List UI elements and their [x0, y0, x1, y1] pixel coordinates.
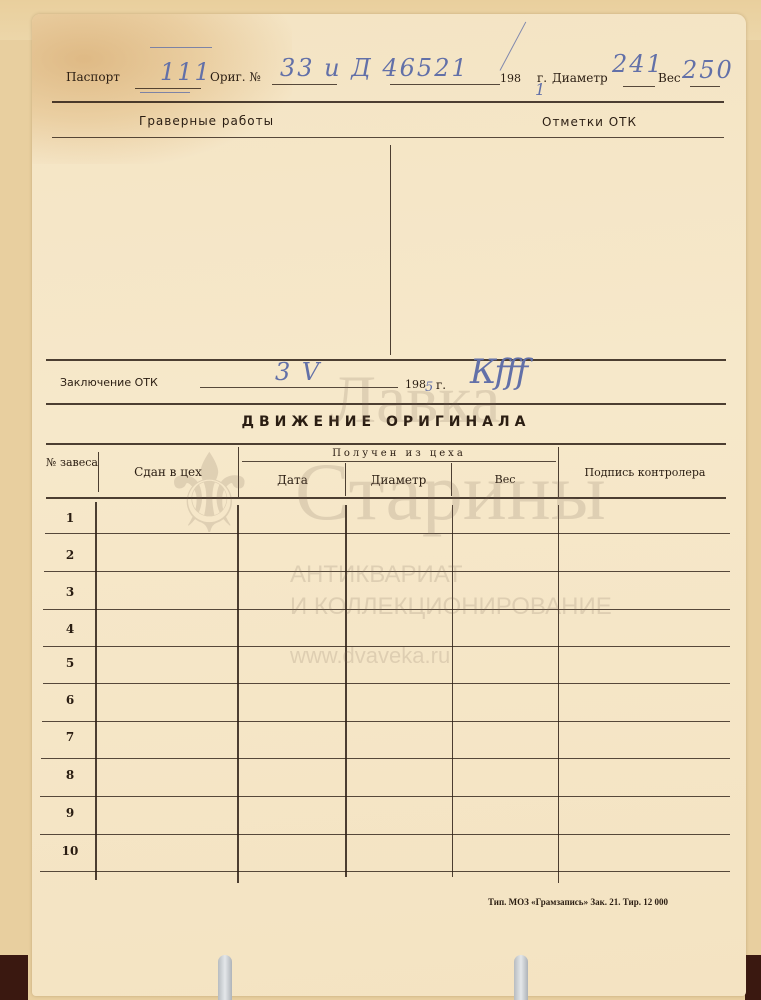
col-header-weight: Вес	[452, 473, 558, 486]
year-prefix: 198	[500, 72, 521, 85]
received-group-rule	[242, 461, 556, 462]
conclusion-label: Заключение ОТК	[60, 376, 158, 389]
col-header-diameter: Диаметр	[346, 473, 451, 487]
diameter-value: 241	[612, 50, 664, 78]
col-divider-2	[237, 505, 239, 883]
table-header-rule	[46, 497, 726, 499]
row-rule	[41, 758, 730, 759]
col-header-date: Дата	[240, 473, 345, 487]
orig-number-label: Ориг. №	[210, 70, 261, 84]
row-number: 2	[50, 548, 90, 562]
passport-pen-stroke-bottom	[140, 92, 190, 93]
col-divider-5-head	[558, 447, 559, 497]
conclusion-top-rule	[46, 359, 726, 361]
row-rule	[45, 533, 730, 534]
backdrop-dark-corner-right	[745, 955, 761, 1000]
col-header-sent: Сдан в цех	[100, 465, 236, 479]
col-divider-2-head	[238, 447, 239, 497]
weight-underline	[690, 86, 720, 87]
header-rule	[52, 101, 724, 103]
movement-table-title: ДВИЖЕНИЕ ОРИГИНАЛА	[46, 414, 726, 430]
row-number: 8	[50, 768, 90, 782]
conclusion-bottom-rule	[46, 403, 726, 405]
orig-underline-1	[272, 84, 337, 85]
passport-underline	[135, 88, 201, 89]
otk-marks-section-label: Отметки ОТК	[542, 115, 637, 129]
table-top-rule	[46, 443, 726, 445]
orig-number-value: 33 и Д 46521	[280, 54, 469, 82]
conclusion-year-label: г.	[436, 378, 446, 392]
conclusion-year-prefix: 198	[405, 378, 426, 391]
row-rule	[40, 796, 730, 797]
conclusion-underline	[200, 387, 398, 388]
row-rule	[43, 609, 730, 610]
weight-value: 250	[682, 56, 734, 84]
row-number: 5	[50, 656, 90, 670]
row-number: 6	[50, 693, 90, 707]
row-number: 1	[50, 511, 90, 525]
col-divider-1-head	[98, 452, 99, 492]
col-divider-3	[345, 505, 347, 877]
row-rule	[42, 721, 730, 722]
diameter-label: Диаметр	[552, 71, 608, 85]
passport-label: Паспорт	[66, 70, 120, 84]
diameter-underline	[623, 86, 655, 87]
form-sheet	[32, 14, 746, 996]
backdrop-dark-corner	[0, 955, 28, 1000]
passport-value: 111	[160, 58, 212, 86]
row-rule	[43, 646, 730, 647]
section-rule	[52, 137, 724, 138]
col-divider-4	[452, 505, 453, 877]
col-header-number: № завеса	[46, 456, 98, 470]
row-number: 10	[50, 844, 90, 858]
engraving-section-label: Граверные работы	[139, 114, 274, 128]
row-number: 3	[50, 585, 90, 599]
orig-underline-2	[390, 84, 500, 85]
row-rule	[40, 871, 730, 872]
col-header-received-group: Получен из цеха	[240, 448, 558, 459]
col-header-controller-signature: Подпись контролера	[560, 466, 730, 479]
printer-imprint: Тип. МОЗ «Грамзапись» Зак. 21. Тир. 12 0…	[488, 897, 668, 907]
row-rule	[40, 834, 730, 835]
row-number: 9	[50, 806, 90, 820]
section-divider	[390, 145, 391, 355]
display-stand-peg-right	[514, 955, 528, 1000]
conclusion-date-value: 3 V	[275, 358, 321, 386]
row-number: 4	[50, 622, 90, 636]
col-divider-5	[558, 505, 559, 883]
col-divider-1	[95, 502, 97, 880]
year-label: г.	[537, 71, 547, 85]
weight-label: Вес	[658, 71, 681, 85]
row-rule	[43, 683, 730, 684]
passport-pen-stroke-top	[150, 47, 212, 48]
row-rule	[44, 571, 730, 572]
row-number: 7	[50, 730, 90, 744]
display-stand-peg-left	[218, 955, 232, 1000]
controller-signature: Кfff	[470, 352, 526, 392]
conclusion-year-value: 5	[425, 380, 435, 395]
